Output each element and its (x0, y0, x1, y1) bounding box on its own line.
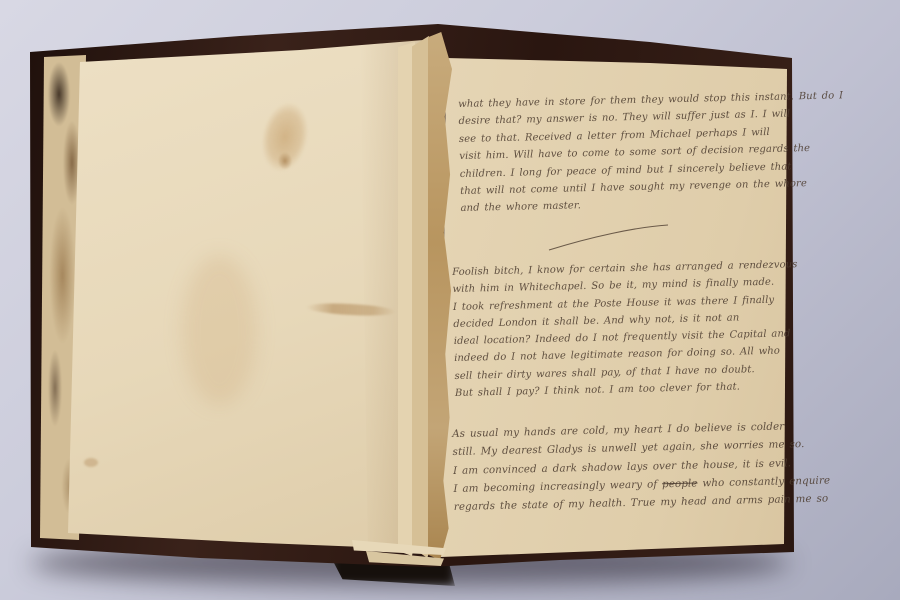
diary-paragraph-1: what they have in store for them they wo… (458, 87, 846, 218)
page-stain-smudge (182, 255, 257, 405)
handwritten-divider-flourish (546, 221, 671, 255)
diary-paragraph-3: As usual my hands are cold, my heart I d… (452, 416, 831, 516)
diary-photograph: what they have in store for them they wo… (0, 0, 900, 600)
page-stain-dot (84, 458, 98, 467)
line-text: I am becoming increasingly weary of (453, 478, 662, 495)
page-stain-spot (276, 150, 294, 172)
diary-paragraph-2: Foolish bitch, I know for certain she ha… (452, 256, 800, 402)
struck-out-word: people (662, 477, 698, 490)
line-text: who constantly enquire (697, 474, 830, 489)
